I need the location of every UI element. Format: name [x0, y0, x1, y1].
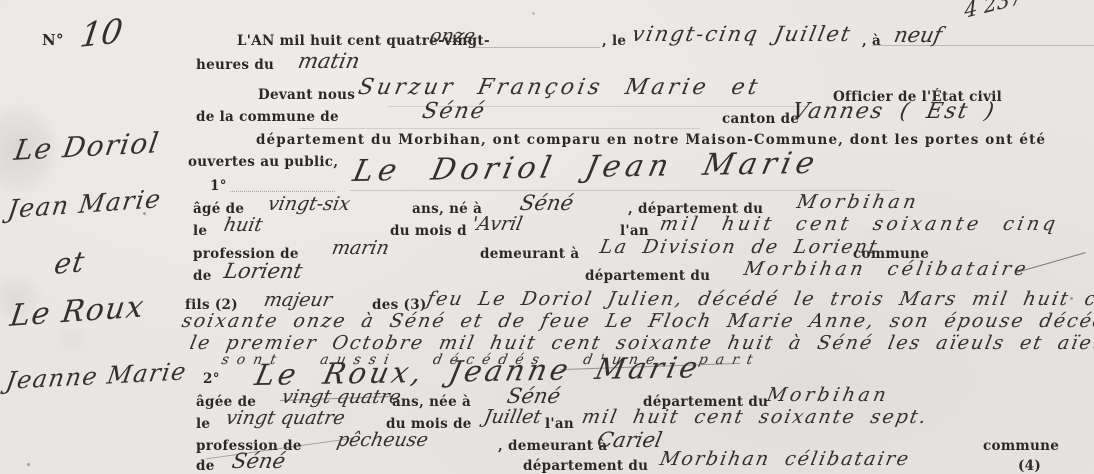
printed-hours-of: heures du	[196, 58, 274, 73]
printed-open-to-public: ouvertes au public,	[188, 155, 338, 170]
printed-le: , le	[602, 34, 626, 49]
margin-groom-surname: Le Doriol	[12, 128, 162, 167]
written-commune: Séné	[420, 100, 488, 124]
written-time-of-day: matin	[296, 50, 362, 73]
scan-speck	[532, 12, 535, 15]
written-groom-department-status: Morbihan célibataire	[742, 259, 1031, 280]
written-groom-name: Le Doriol Jean Marie	[350, 147, 822, 188]
written-year: onze	[428, 26, 477, 47]
margin-bride-given: Jeanne Marie	[4, 358, 189, 394]
printed-commune: commune	[983, 439, 1059, 454]
civil-register-scan: 4 237 N° 10 Le Doriol Jean Marie et Le R…	[0, 0, 1094, 474]
printed-of-commune: de la commune de	[196, 110, 339, 125]
written-bride-residence: Cariel	[595, 429, 664, 452]
written-groom-birth-department: Morbihan	[795, 192, 921, 213]
written-bride-birthyear: mil huit cent soixante sept.	[580, 407, 930, 428]
printed-department-of: département du	[585, 269, 710, 284]
written-mother-record: soixante onze à Séné et de feue Le Floch…	[180, 311, 1094, 332]
act-number-label: N°	[42, 32, 64, 49]
printed-a: , à	[862, 34, 881, 49]
folio-number: 4 237	[964, 0, 1024, 23]
printed-before-us: Devant nous	[258, 88, 355, 103]
written-groom-birthday: huit	[222, 215, 264, 236]
printed-residing-at-f: , demeurant à	[498, 439, 607, 454]
printed-born-at-f: ans, née à	[392, 395, 471, 410]
printed-of-month: du mois d	[390, 224, 467, 239]
printed-canton-of: canton de	[722, 112, 799, 127]
form-rule	[230, 191, 335, 192]
written-groom-age: vingt-six	[266, 194, 352, 215]
printed-first-marker: 1°	[210, 179, 227, 194]
written-bride-profession: pêcheuse	[335, 430, 430, 451]
written-groom-profession: marin	[330, 238, 391, 259]
printed-the: le	[196, 417, 210, 432]
act-number-value: 10	[78, 13, 125, 54]
written-day-month: vingt-cinq Juillet	[630, 23, 854, 46]
printed-second-marker: 2°	[203, 372, 220, 387]
written-canton: Vannes ( Est )	[790, 100, 998, 124]
written-groom-residence: La Division de Lorient	[598, 237, 880, 258]
printed-of: de	[193, 269, 212, 284]
printed-the: le	[193, 224, 207, 239]
written-hour: neuf	[892, 24, 944, 47]
printed-residing-at: demeurant à	[480, 247, 579, 262]
printed-comparution: département du Morbihan, ont comparu en …	[256, 133, 1046, 148]
form-rule	[300, 128, 700, 129]
printed-of: de	[196, 459, 215, 474]
written-bride-department-status: Morbihan célibataire	[658, 449, 912, 470]
scan-speck	[27, 463, 30, 466]
margin-bride-surname: Le Roux	[8, 290, 147, 333]
written-bride-birthplace: Séné	[505, 385, 562, 408]
written-bride-birthmonth: Juillet	[482, 407, 543, 428]
printed-department-of: département du	[523, 459, 648, 474]
written-bride-birth-department: Morbihan	[765, 385, 891, 406]
margin-groom-given: Jean Marie	[6, 185, 164, 224]
written-bride-birthday: vingt quatre	[224, 408, 347, 429]
margin-conjunction: et	[52, 247, 88, 281]
written-groom-birthyear: mil huit cent soixante cinq	[658, 214, 1060, 235]
written-father-record: feu Le Doriol Julien, décédé le trois Ma…	[425, 289, 1094, 310]
written-groom-birthplace: Séné	[518, 192, 575, 215]
printed-born-at: ans, né à	[412, 202, 482, 217]
written-majority: majeur	[262, 290, 334, 311]
written-groom-birthmonth: 'Avril	[470, 214, 524, 235]
printed-the-year: l'an	[545, 417, 574, 432]
written-officer-name: Surzur François Marie et	[356, 76, 763, 100]
scan-smudge	[55, 328, 89, 350]
written-groom-residence-commune: Lorient	[222, 260, 304, 283]
printed-footnote-marker: (4)	[1018, 459, 1041, 474]
